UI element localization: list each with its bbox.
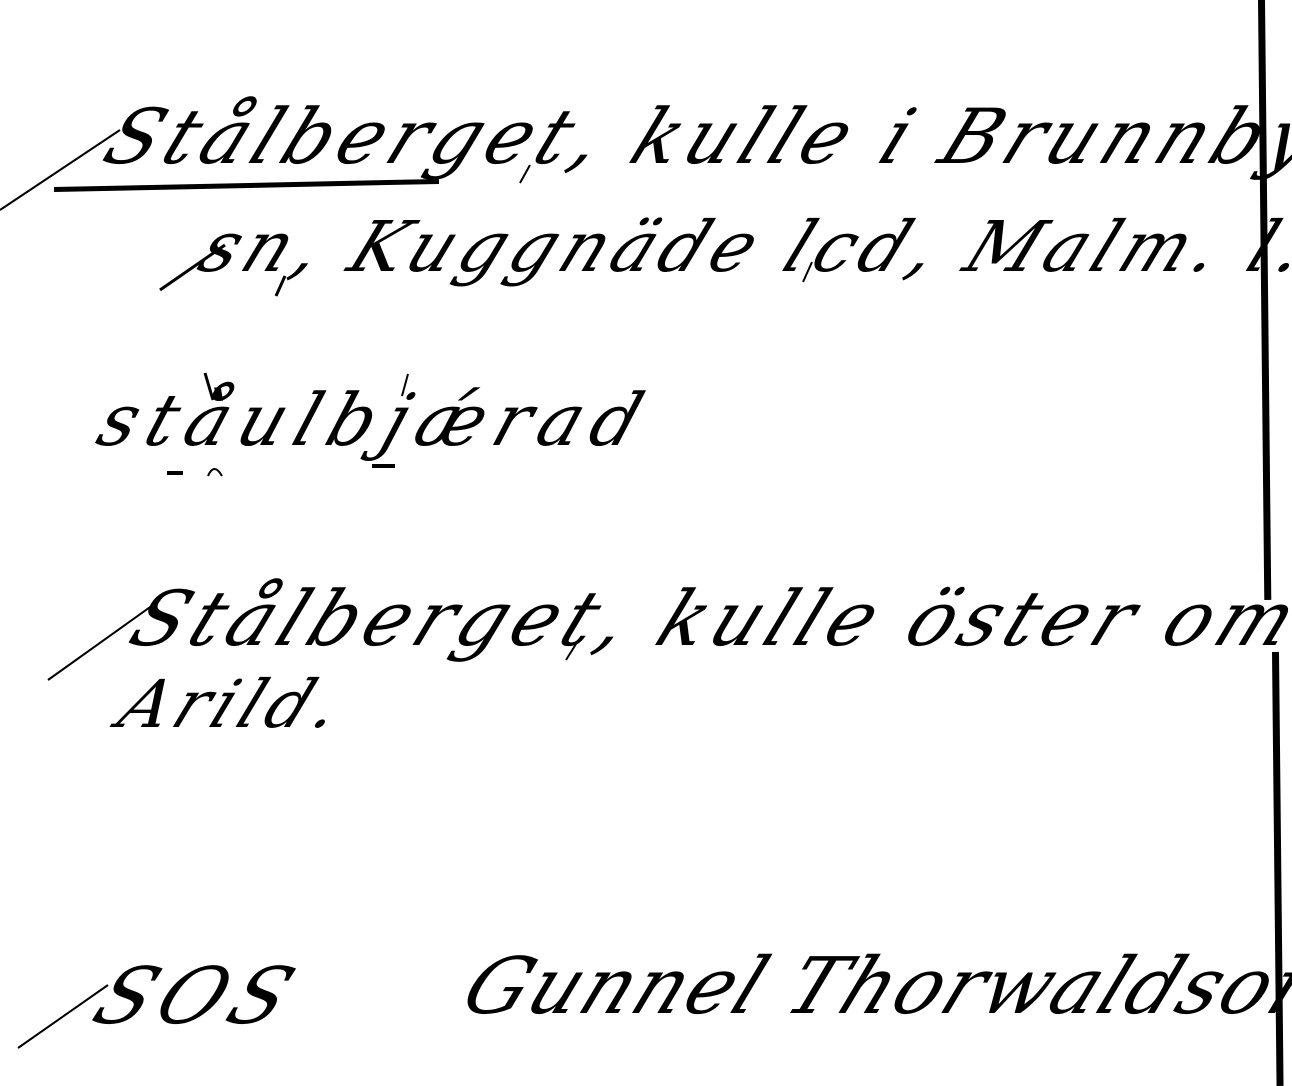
entry-2-line-2: Arild. (108, 666, 360, 743)
pronunciation-line: stå̀ulbjǽrad (88, 378, 663, 462)
entry-1-line-2: sn, Kuggnäde lcd, Malm. l. (188, 206, 1292, 288)
recorder-signature: Gunnel Thorwaldson 1945. (450, 942, 1292, 1032)
entry-1-line-1: Stålberget, kulle i Brunnby (92, 92, 1292, 181)
entry-2-line-1: Stålberget, kulle öster om (118, 574, 1292, 663)
archive-card: Stålberget, kulle i Brunnby sn, Kuggnäde… (0, 0, 1292, 1086)
archive-code: SOS (80, 952, 315, 1042)
